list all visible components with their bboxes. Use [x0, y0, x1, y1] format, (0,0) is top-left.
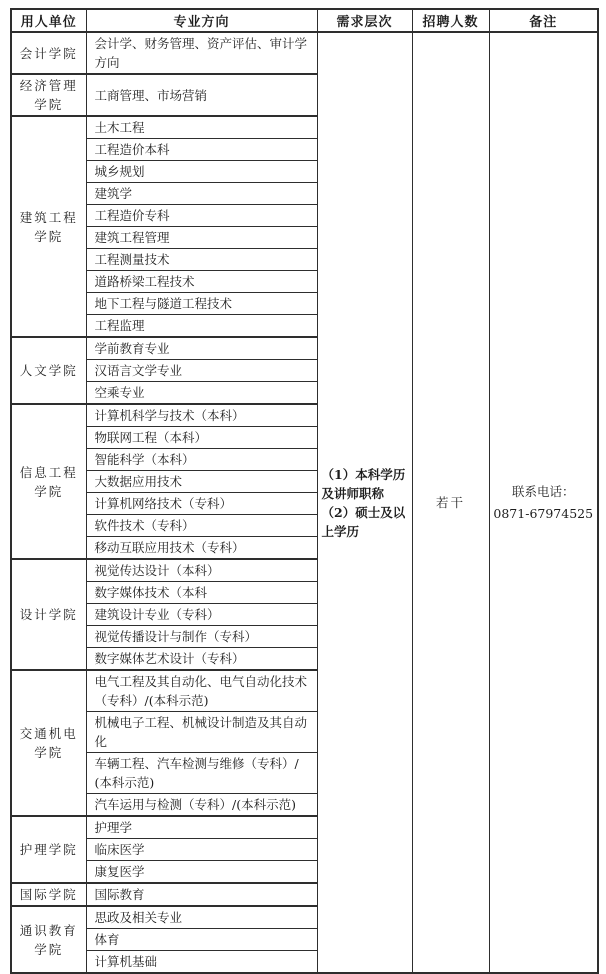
- major-cell: 空乘专业: [86, 382, 317, 405]
- major-cell: 土木工程: [86, 116, 317, 139]
- col-header-remark: 备注: [489, 9, 598, 32]
- major-cell: 车辆工程、汽车检测与维修（专科）/(本科示范): [86, 753, 317, 794]
- major-cell: 工程监理: [86, 315, 317, 338]
- major-cell: 计算机网络技术（专科）: [86, 493, 317, 515]
- major-cell: 建筑学: [86, 183, 317, 205]
- unit-cell: 国际学院: [11, 883, 86, 906]
- col-header-requirement: 需求层次: [317, 9, 412, 32]
- major-cell: 工程造价专科: [86, 205, 317, 227]
- major-cell: 电气工程及其自动化、电气自动化技术（专科）/(本科示范): [86, 670, 317, 712]
- recruit-count-cell: 若干: [412, 32, 489, 973]
- major-cell: 地下工程与隧道工程技术: [86, 293, 317, 315]
- major-cell: 大数据应用技术: [86, 471, 317, 493]
- major-cell: 临床医学: [86, 839, 317, 861]
- unit-cell: 护理学院: [11, 816, 86, 883]
- major-cell: 物联网工程（本科）: [86, 427, 317, 449]
- col-header-count: 招聘人数: [412, 9, 489, 32]
- major-cell: 机械电子工程、机械设计制造及其自动化: [86, 712, 317, 753]
- table-row: 会计学院会计学、财务管理、资产评估、审计学方向（1）本科学历 及讲师职称 （2）…: [11, 32, 598, 74]
- unit-cell: 信息工程 学院: [11, 404, 86, 559]
- major-cell: 学前教育专业: [86, 337, 317, 360]
- major-cell: 建筑工程管理: [86, 227, 317, 249]
- unit-cell: 建筑工程 学院: [11, 116, 86, 337]
- col-header-major: 专业方向: [86, 9, 317, 32]
- header-row: 用人单位 专业方向 需求层次 招聘人数 备注: [11, 9, 598, 32]
- major-cell: 计算机科学与技术（本科）: [86, 404, 317, 427]
- major-cell: 智能科学（本科）: [86, 449, 317, 471]
- unit-cell: 经济管理 学院: [11, 74, 86, 116]
- major-cell: 工程测量技术: [86, 249, 317, 271]
- major-cell: 移动互联应用技术（专科）: [86, 537, 317, 560]
- major-cell: 国际教育: [86, 883, 317, 906]
- major-cell: 思政及相关专业: [86, 906, 317, 929]
- remark-cell: 联系电话： 0871-67974525: [489, 32, 598, 973]
- major-cell: 体育: [86, 929, 317, 951]
- major-cell: 视觉传播设计与制作（专科）: [86, 626, 317, 648]
- recruitment-table: 用人单位 专业方向 需求层次 招聘人数 备注 会计学院会计学、财务管理、资产评估…: [10, 8, 599, 974]
- major-cell: 汉语言文学专业: [86, 360, 317, 382]
- major-cell: 视觉传达设计（本科）: [86, 559, 317, 582]
- major-cell: 道路桥梁工程技术: [86, 271, 317, 293]
- major-cell: 数字媒体技术（本科: [86, 582, 317, 604]
- major-cell: 汽车运用与检测（专科）/(本科示范): [86, 794, 317, 817]
- unit-cell: 会计学院: [11, 32, 86, 74]
- requirement-level-cell: （1）本科学历 及讲师职称 （2）硕士及以 上学历: [317, 32, 412, 973]
- major-cell: 建筑设计专业（专科）: [86, 604, 317, 626]
- col-header-unit: 用人单位: [11, 9, 86, 32]
- document-page: 用人单位 专业方向 需求层次 招聘人数 备注 会计学院会计学、财务管理、资产评估…: [10, 8, 599, 974]
- major-cell: 护理学: [86, 816, 317, 839]
- unit-cell: 交通机电 学院: [11, 670, 86, 816]
- major-cell: 会计学、财务管理、资产评估、审计学方向: [86, 32, 317, 74]
- unit-cell: 设计学院: [11, 559, 86, 670]
- unit-cell: 人文学院: [11, 337, 86, 404]
- major-cell: 数字媒体艺术设计（专科）: [86, 648, 317, 671]
- unit-cell: 通识教育 学院: [11, 906, 86, 973]
- major-cell: 工商管理、市场营销: [86, 74, 317, 116]
- major-cell: 计算机基础: [86, 951, 317, 974]
- major-cell: 城乡规划: [86, 161, 317, 183]
- major-cell: 软件技术（专科）: [86, 515, 317, 537]
- major-cell: 工程造价本科: [86, 139, 317, 161]
